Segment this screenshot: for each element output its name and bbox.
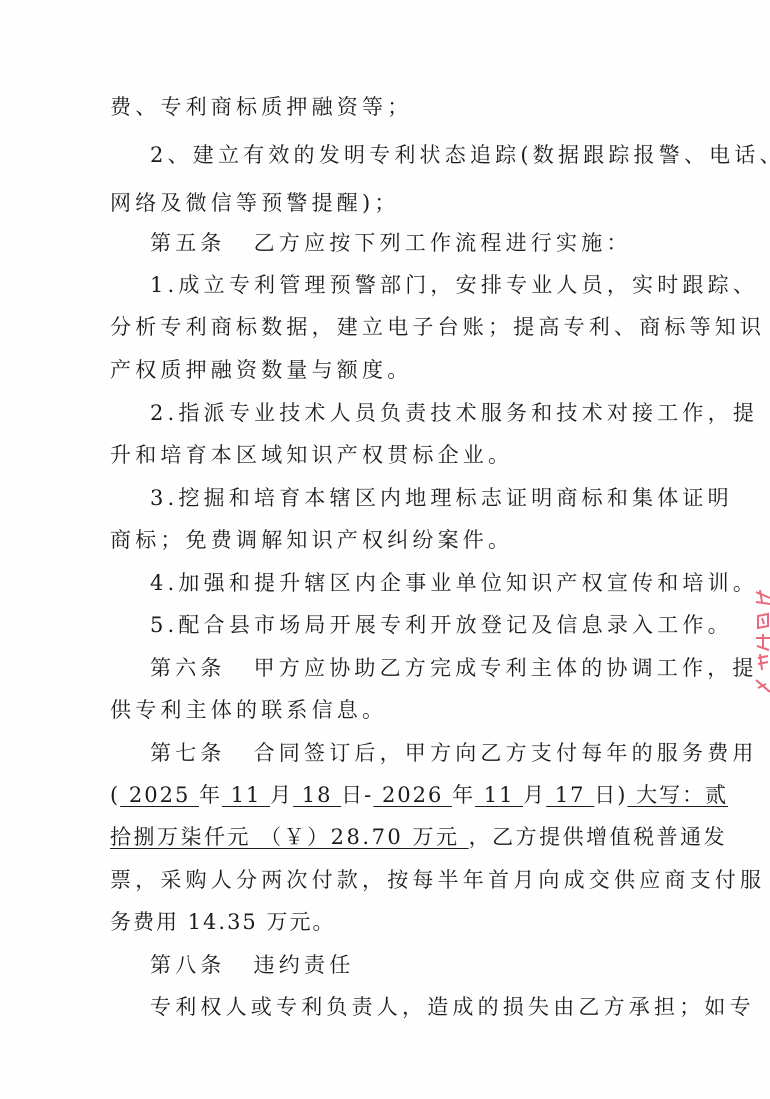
text-line: 费、专利商标质押融资等；: [110, 92, 670, 122]
red-seal-stamp: [752, 588, 770, 704]
day-label: 日-: [341, 783, 373, 807]
day-label: 日): [594, 783, 627, 807]
article-number: 第七条: [150, 741, 226, 765]
start-month: 11: [222, 783, 270, 807]
article-text: 甲方应协助乙方完成专利主体的协调工作，提: [254, 656, 758, 680]
text-line: 专利权人或专利负责人，造成的损失由乙方承担；如专: [150, 992, 710, 1022]
end-year: 2026: [373, 783, 452, 807]
article-8-heading: 第八条违约责任: [150, 950, 710, 980]
service-period-line: ( 2025 年 11 月 18 日- 2026 年 11 月 17 日) 大写…: [110, 780, 670, 810]
text-line: 商标；免费调解知识产权纠纷案件。: [110, 525, 670, 555]
amount-words: 拾捌万柒仟元 （￥）28.70 万元: [110, 825, 469, 849]
text-line: 升和培育本区域知识产权贯标企业。: [110, 440, 670, 470]
amount-label: 大写：贰: [627, 783, 728, 807]
article-6: 第六条甲方应协助乙方完成专利主体的协调工作，提: [150, 653, 710, 683]
article-text: 合同签订后，甲方向乙方支付每年的服务费用: [254, 741, 758, 765]
start-year: 2025: [120, 783, 199, 807]
text-line: 5.配合县市场局开展专利开放登记及信息录入工作。: [150, 610, 710, 640]
month-label: 月: [523, 783, 546, 807]
article-7: 第七条合同签订后，甲方向乙方支付每年的服务费用: [150, 738, 710, 768]
article-5-heading: 第五条乙方应按下列工作流程进行实施：: [150, 228, 710, 258]
year-label: 年: [199, 783, 222, 807]
paren: (: [110, 783, 120, 807]
seal-fragment-icon: [752, 588, 770, 698]
text-line: 务费用 14.35 万元。: [110, 907, 670, 937]
document-page: 费、专利商标质押融资等； 2、建立有效的发明专利状态追踪(数据跟踪报警、电话、 …: [0, 0, 770, 1099]
month-label: 月: [270, 783, 293, 807]
text-line: 网络及微信等预警提醒)；: [110, 188, 670, 218]
year-label: 年: [452, 783, 475, 807]
text-line: 3.挖掘和培育本辖区内地理标志证明商标和集体证明: [150, 483, 710, 513]
start-day: 18: [293, 783, 341, 807]
article-number: 第八条: [150, 953, 226, 977]
text-line: 4.加强和提升辖区内企事业单位知识产权宣传和培训。: [150, 568, 710, 598]
text-line: 分析专利商标数据，建立电子台账；提高专利、商标等知识: [110, 312, 670, 342]
text-line: 2.指派专业技术人员负责技术服务和技术对接工作，提: [150, 398, 710, 428]
text-line: 供专利主体的联系信息。: [110, 695, 670, 725]
end-month: 11: [475, 783, 523, 807]
text-line: 1.成立专利管理预警部门，安排专业人员，实时跟踪、: [150, 270, 710, 300]
article-text: 违约责任: [254, 953, 355, 977]
end-day: 17: [546, 783, 594, 807]
comma: ，: [469, 825, 493, 849]
text: 乙方提供增值税普通发: [492, 825, 727, 849]
text-line: 票，采购人分两次付款，按每半年首月向成交供应商支付服: [110, 865, 670, 895]
text-line: 产权质押融资数量与额度。: [110, 355, 670, 385]
article-number: 第五条: [150, 231, 226, 255]
amount-line: 拾捌万柒仟元 （￥）28.70 万元 ，乙方提供增值税普通发: [110, 822, 670, 852]
article-number: 第六条: [150, 656, 226, 680]
article-text: 乙方应按下列工作流程进行实施：: [254, 231, 632, 255]
text-line: 2、建立有效的发明专利状态追踪(数据跟踪报警、电话、: [150, 140, 710, 170]
